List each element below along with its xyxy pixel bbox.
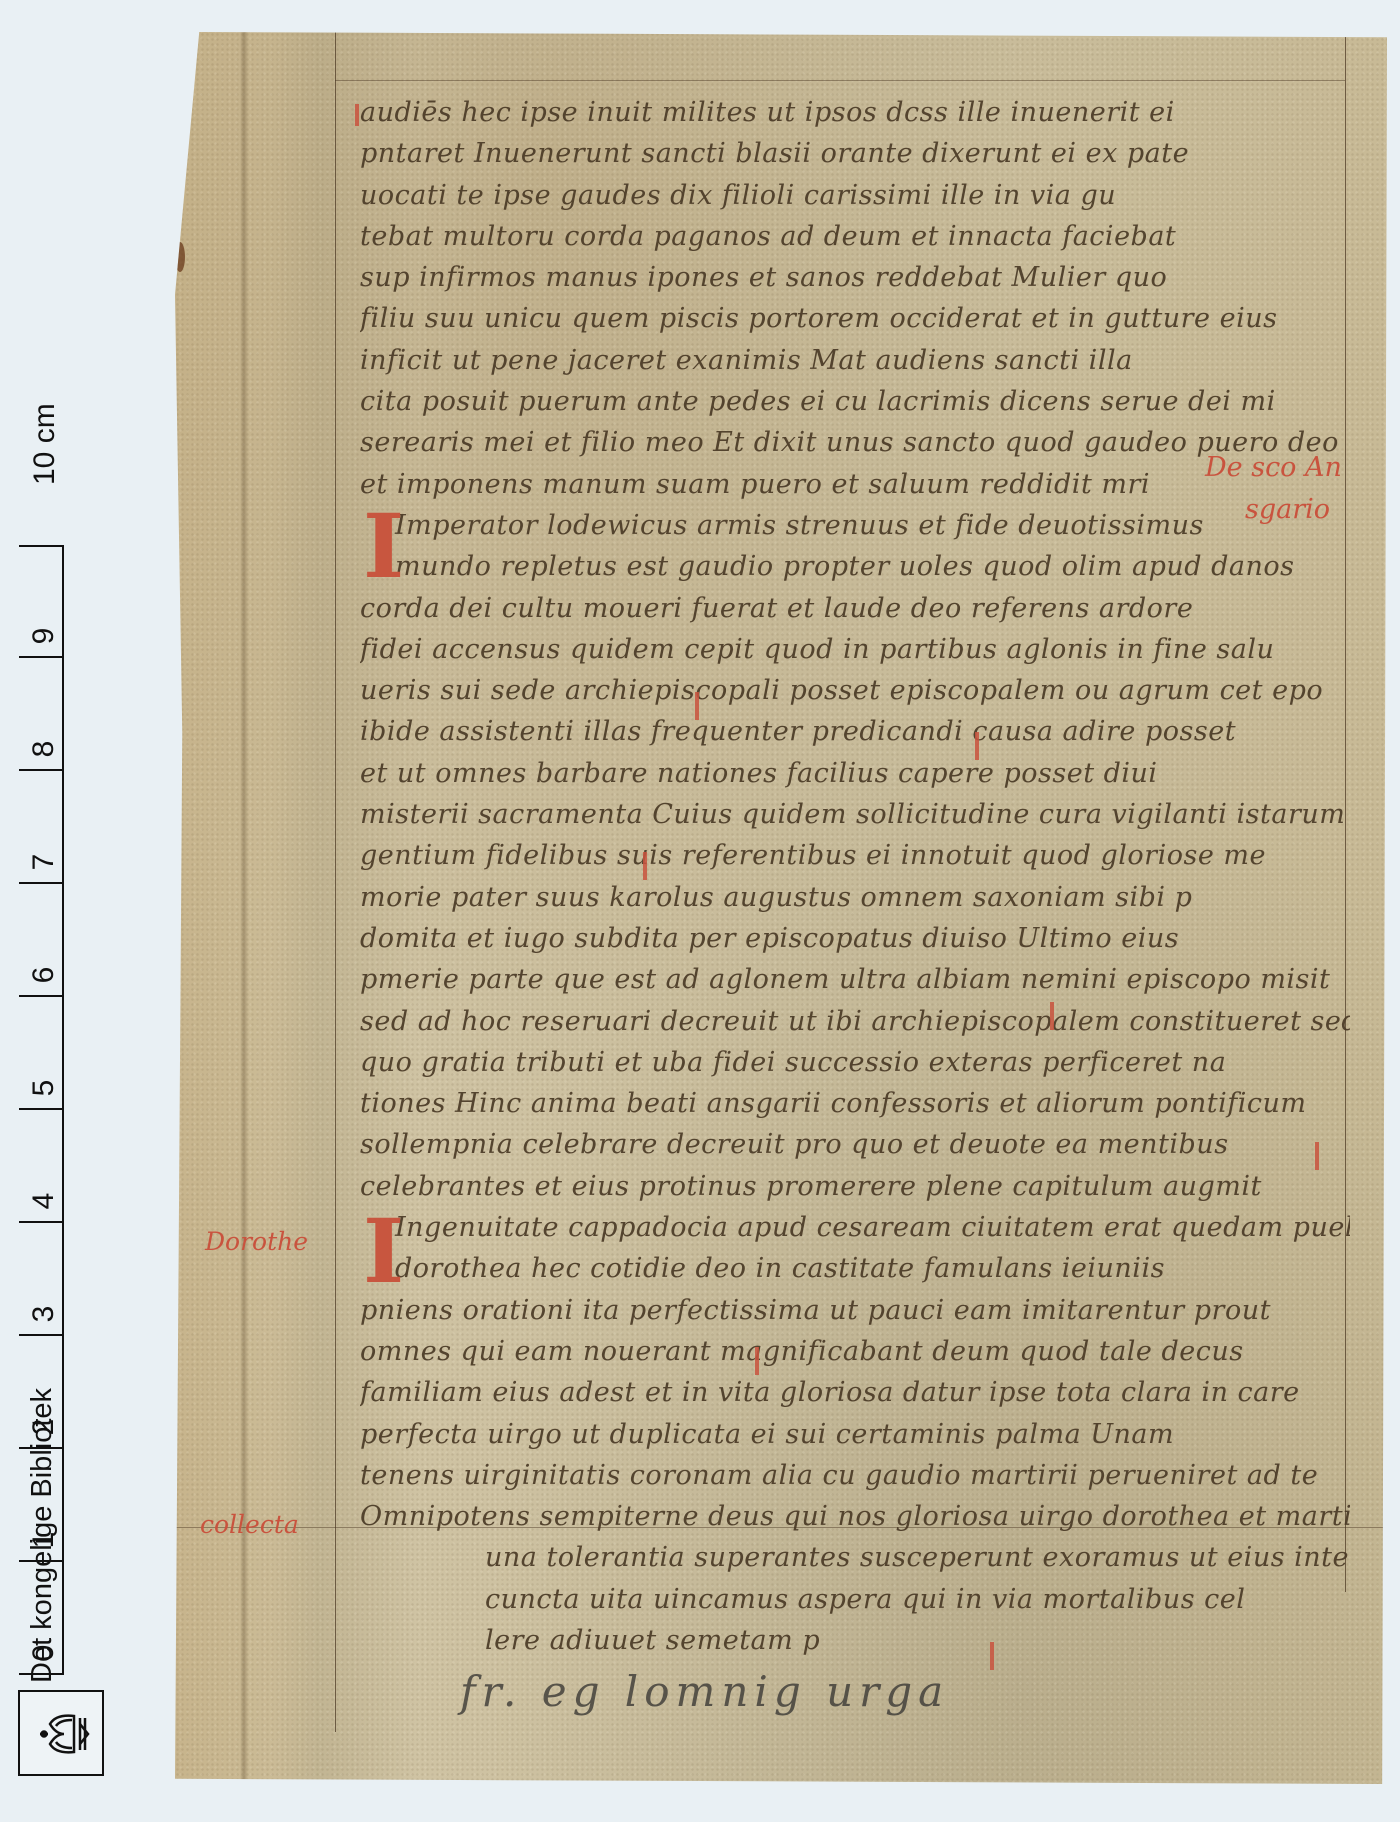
scale-tick-9 (19, 656, 64, 658)
left-margin-rule (335, 32, 336, 1732)
text-line: cuncta uita uincamus aspera qui in via m… (360, 1579, 1350, 1620)
scale-label-7: 7 (29, 842, 59, 882)
text-line: celebrantes et eius protinus promerere p… (360, 1166, 1350, 1207)
scale-spine (62, 545, 64, 1675)
text-line: pniens orationi ita perfectissima ut pau… (360, 1290, 1350, 1331)
text-line: misterii sacramenta Cuius quidem sollici… (360, 794, 1350, 835)
scale-bar: 10 cm 0 1 2 3 4 5 6 7 8 9 Det kongelige … (0, 0, 120, 1822)
text-line: serearis mei et filio meo Et dixit unus … (360, 422, 1350, 463)
rubric-stroke (1315, 1142, 1319, 1170)
manuscript-leaf: audiēs hec ipse inuit milites ut ipsos d… (175, 32, 1387, 1784)
scale-tick-4 (19, 1221, 64, 1223)
rubric-stroke (990, 1642, 994, 1670)
text-line: sup infirmos manus ipones et sanos redde… (360, 257, 1350, 298)
text-line: Ingenuitate cappadocia apud cesaream ciu… (360, 1207, 1350, 1248)
text-line: et ut omnes barbare nationes facilius ca… (360, 753, 1350, 794)
signature: fr. eg lomnig urga (460, 1667, 949, 1716)
text-line: ibide assistenti illas frequenter predic… (360, 711, 1350, 752)
text-line: Imperator lodewicus armis strenuus et fi… (360, 505, 1350, 546)
red-initial-I: I (363, 1207, 404, 1295)
text-line: familiam eius adest et in vita gloriosa … (360, 1372, 1350, 1413)
rubric-stroke (643, 852, 647, 880)
text-line: pntaret Inuenerunt sancti blasii orante … (360, 133, 1350, 174)
scale-label-5: 5 (29, 1068, 59, 1108)
text-line: sollempnia celebrare decreuit pro quo et… (360, 1124, 1350, 1165)
scale-label-6: 6 (29, 955, 59, 995)
rubric-stroke (355, 104, 359, 126)
text-line: omnes qui eam nouerant magnificabant deu… (360, 1331, 1350, 1372)
text-line: pmerie parte que est ad aglonem ultra al… (360, 959, 1350, 1000)
rubric-heading: sgario (1245, 494, 1330, 525)
scale-unit-label: 10 cm (25, 405, 65, 485)
manuscript-text: audiēs hec ipse inuit milites ut ipsos d… (360, 92, 1350, 1661)
text-line: domita et iugo subdita per episcopatus d… (360, 918, 1350, 959)
scale-label-8: 8 (29, 729, 59, 769)
rubric-stroke (755, 1347, 759, 1375)
rubric-stroke (975, 732, 979, 760)
text-line: filiu suu unicu quem piscis portorem occ… (360, 298, 1350, 339)
text-line: una tolerantia superantes susceperunt ex… (360, 1537, 1350, 1578)
scale-tick-6 (19, 995, 64, 997)
text-line: mundo repletus est gaudio propter uoles … (360, 546, 1350, 587)
scale-tick-10 (19, 545, 64, 547)
crown-kb-logo-icon (18, 1690, 104, 1776)
top-rule (335, 80, 1345, 81)
text-line: tiones Hinc anima beati ansgarii confess… (360, 1083, 1350, 1124)
rubric-stroke (695, 692, 699, 720)
red-initial-I: I (363, 502, 404, 590)
text-line: morie pater suus karolus augustus omnem … (360, 877, 1350, 918)
text-line: uocati te ipse gaudes dix filioli cariss… (360, 175, 1350, 216)
margin-rubric-dorothea: Dorothe (205, 1227, 308, 1256)
text-line: inficit ut pene jaceret exanimis Mat aud… (360, 340, 1350, 381)
text-line: lere adiuuet semetam p (360, 1620, 1350, 1661)
text-line: ueris sui sede archiepiscopali posset ep… (360, 670, 1350, 711)
text-line: corda dei cultu moueri fuerat et laude d… (360, 588, 1350, 629)
scale-label-4: 4 (29, 1181, 59, 1221)
text-line: cita posuit puerum ante pedes ei cu lacr… (360, 381, 1350, 422)
margin-rubric-collecta: collecta (200, 1510, 299, 1539)
text-line: quo gratia tributi et uba fidei successi… (360, 1042, 1350, 1083)
scale-tick-5 (19, 1108, 64, 1110)
scale-label-9: 9 (29, 616, 59, 656)
text-line: Omnipotens sempiterne deus qui nos glori… (360, 1496, 1350, 1537)
rubric-stroke (1050, 1002, 1054, 1030)
scale-tick-7 (19, 882, 64, 884)
text-line: tebat multoru corda paganos ad deum et i… (360, 216, 1350, 257)
text-line: sed ad hoc reseruari decreuit ut ibi arc… (360, 1001, 1350, 1042)
rubric-heading: De sco An (1205, 452, 1342, 483)
scale-tick-8 (19, 769, 64, 771)
text-line: et imponens manum suam puero et saluum r… (360, 464, 1350, 505)
text-line: dorothea hec cotidie deo in castitate fa… (360, 1248, 1350, 1289)
text-line: perfecta uirgo ut duplicata ei sui certa… (360, 1414, 1350, 1455)
institution-label: Det kongelige Bibliotek (24, 1323, 60, 1683)
text-line: gentium fidelibus suis referentibus ei i… (360, 835, 1350, 876)
edge-stain (175, 242, 185, 272)
text-line: audiēs hec ipse inuit milites ut ipsos d… (360, 92, 1350, 133)
text-line: tenens uirginitatis coronam alia cu gaud… (360, 1455, 1350, 1496)
text-line: fidei accensus quidem cepit quod in part… (360, 629, 1350, 670)
